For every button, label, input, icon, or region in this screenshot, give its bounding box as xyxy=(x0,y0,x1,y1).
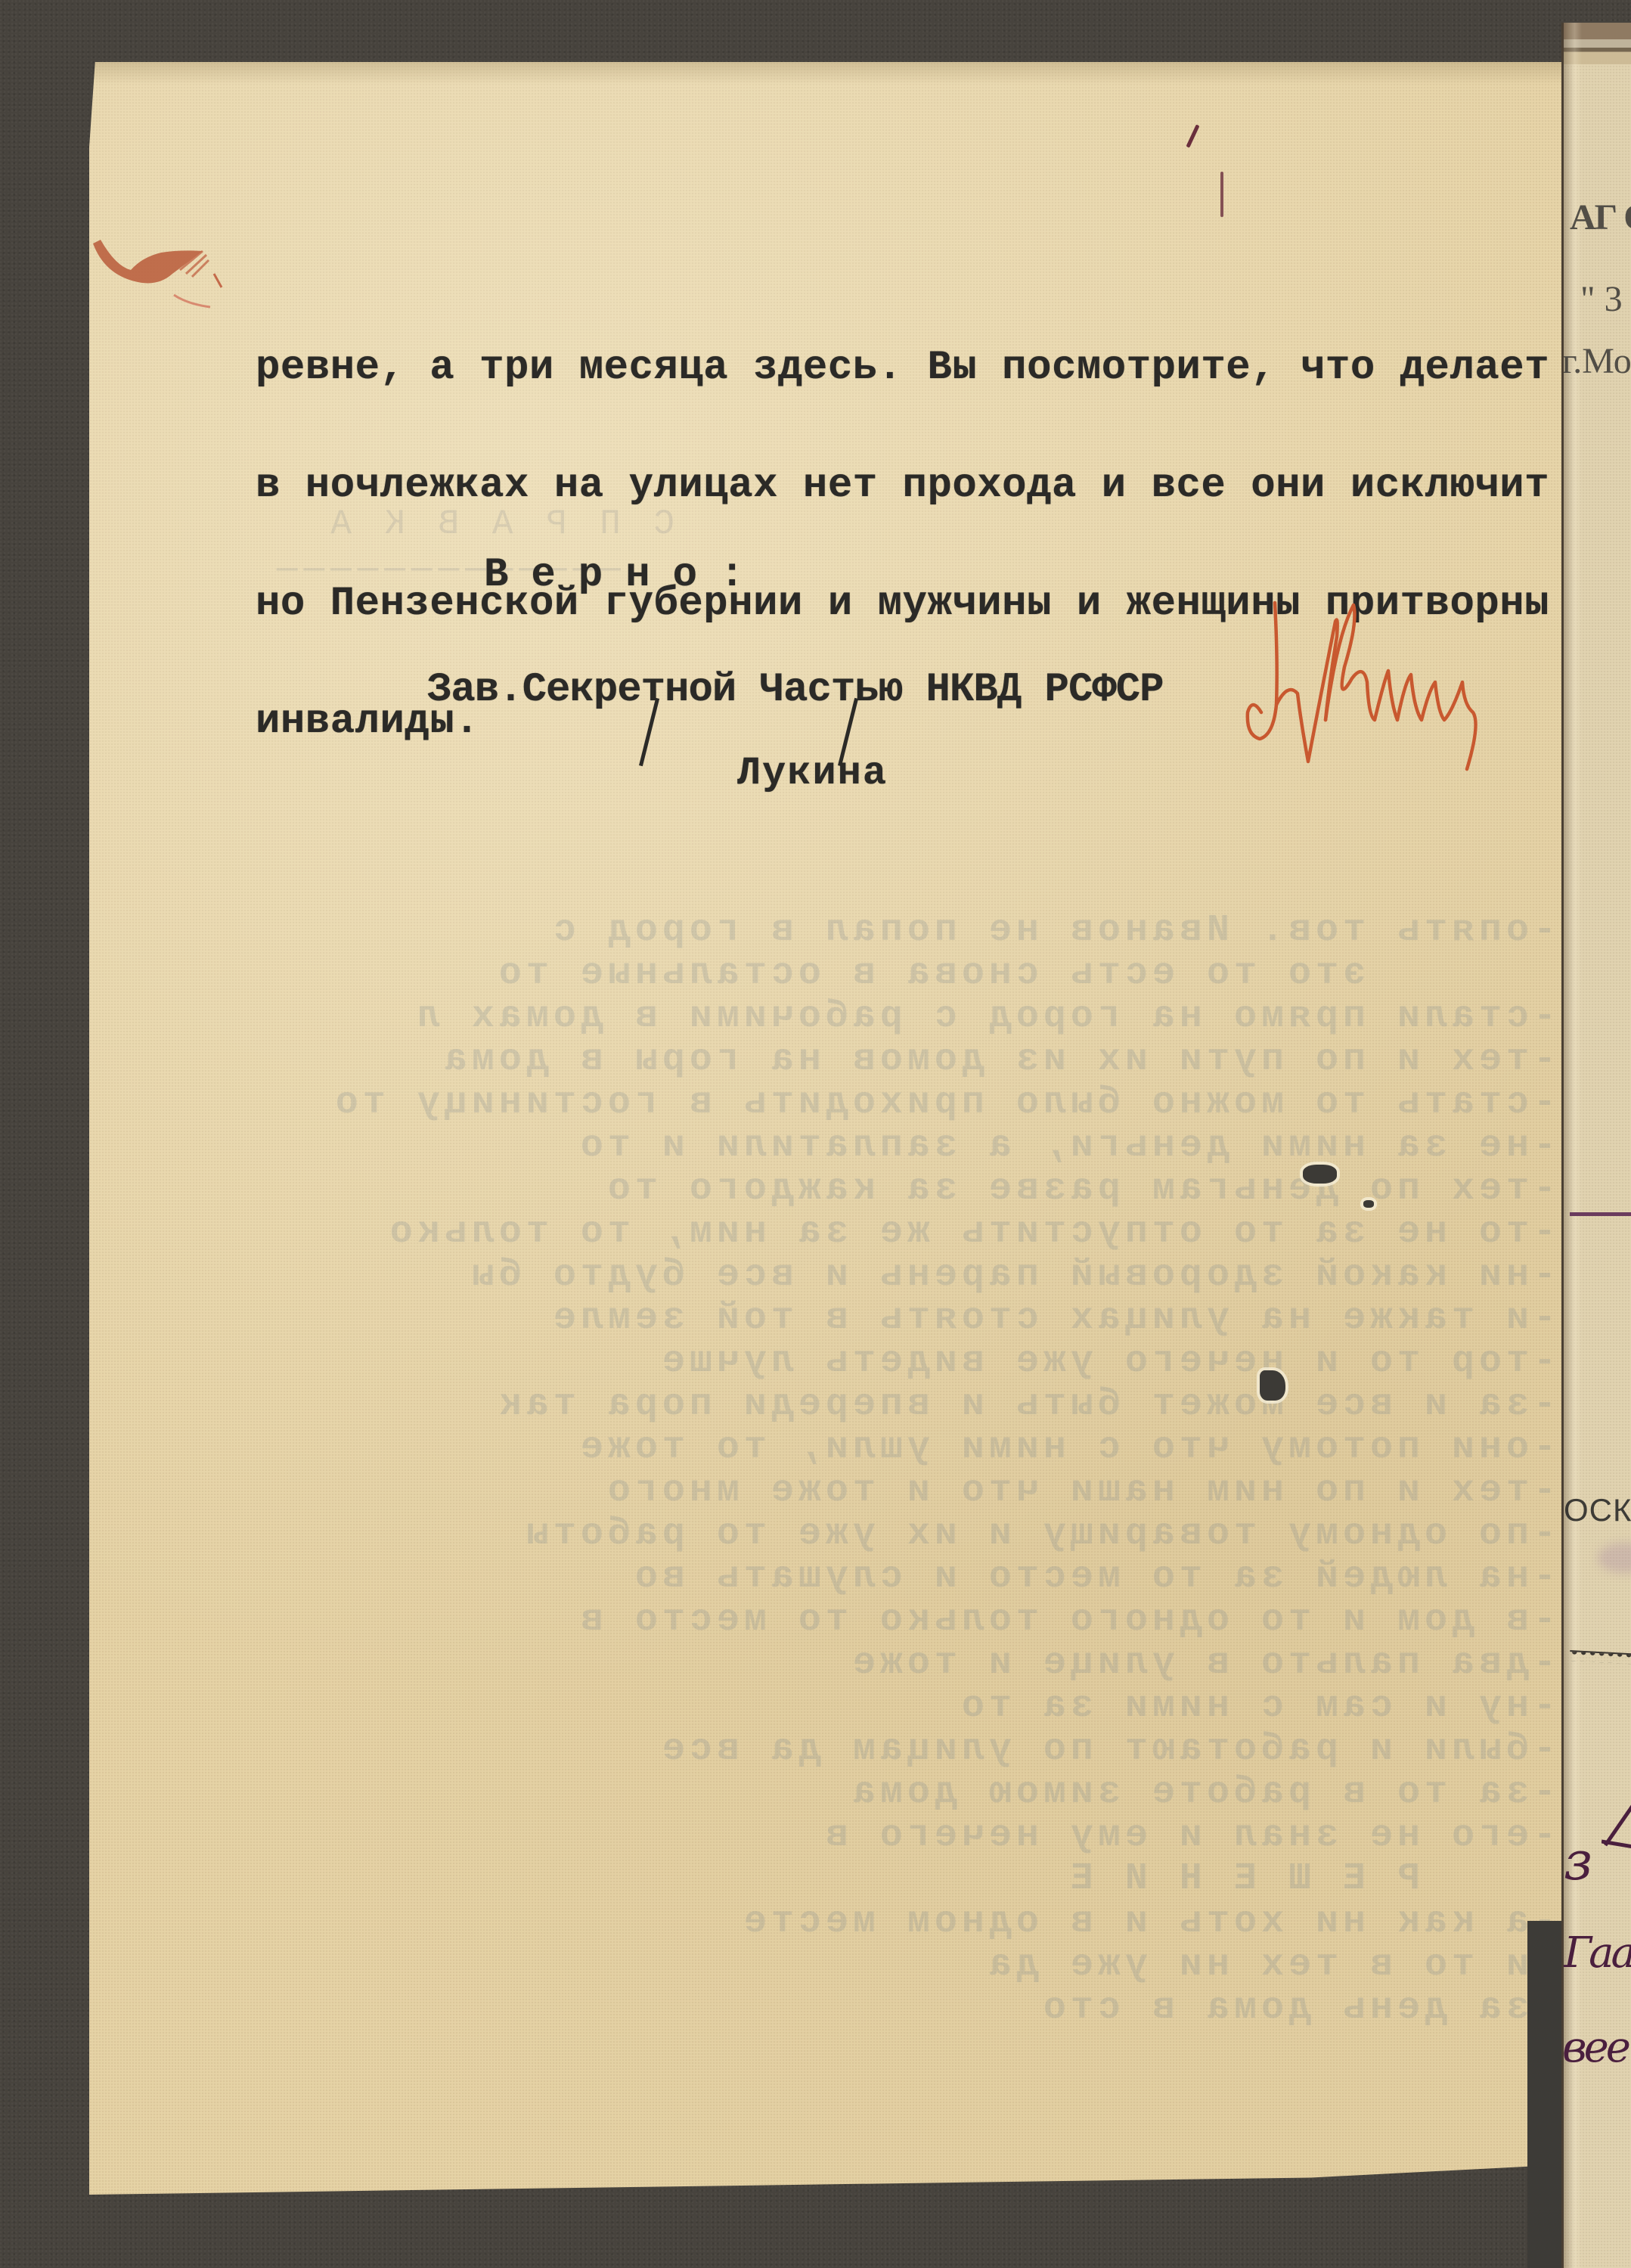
paper-hole xyxy=(1363,1200,1374,1208)
reverse-bleed-through: -опять тов. Иванов не попал в город с эт… xyxy=(135,909,1556,2030)
red-pencil-stroke-icon xyxy=(172,289,218,312)
handwriting-fragment: вее xyxy=(1562,2023,1628,2072)
adjacent-page-fragment: АГ ОТ xyxy=(1570,197,1631,238)
adjacent-page-fragment: " 3 xyxy=(1580,278,1623,320)
body-line: в ночлежках на улицах нет прохода и все … xyxy=(256,467,1549,506)
purple-ink-rule xyxy=(1570,1212,1631,1216)
background-patch xyxy=(1527,1921,1561,2268)
page-fold-shadow xyxy=(89,62,1561,85)
handwritten-stroke-icon xyxy=(1602,1792,1631,1853)
body-line: ревне, а три месяца здесь. Вы посмотрите… xyxy=(256,349,1549,388)
pencil-tick-mark xyxy=(1220,172,1223,217)
handwriting-fragment: з xyxy=(1564,1830,1592,1892)
adjacent-page: АГ ОТ " 3 г.Мос ОСКОВ з Гааа вее xyxy=(1561,23,1631,2268)
handwriting-fragment: Гааа xyxy=(1564,1928,1631,1978)
red-pencil-mark-icon xyxy=(89,198,225,304)
paper-hole xyxy=(1260,1370,1285,1401)
certification-heading: Верно: xyxy=(484,552,767,598)
pencil-tick-mark xyxy=(1186,124,1199,147)
signatory-name-text: Лукина xyxy=(737,751,888,796)
adjacent-page-fragment: г.Мос xyxy=(1562,340,1631,382)
paper-hole xyxy=(1303,1165,1337,1184)
purple-ink-stain xyxy=(1598,1543,1631,1573)
document-page: С П Р А В К А ───────────── -опять тов. … xyxy=(89,62,1561,2195)
adjacent-page-fragment: ОСКОВ xyxy=(1564,1492,1631,1528)
signature-icon xyxy=(1223,591,1496,788)
